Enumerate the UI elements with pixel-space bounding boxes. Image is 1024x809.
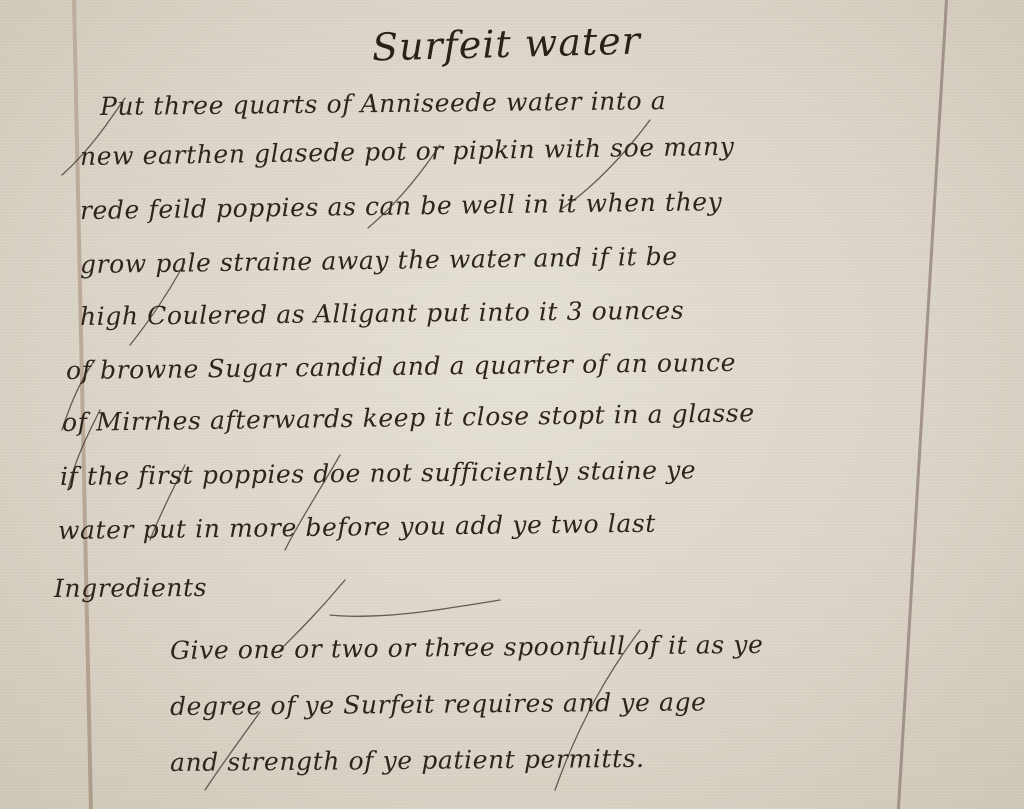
recipe-line-1: Put three quarts of Anniseede water into… xyxy=(100,86,667,121)
recipe-line-3: rede feild poppies as can be well in it … xyxy=(80,187,723,225)
dosage-line-1: Give one or two or three spoonfull of it… xyxy=(170,630,764,665)
recipe-line-10: Ingredients xyxy=(54,573,207,603)
right-margin-rule xyxy=(897,0,948,809)
recipe-line-2: new earthen glasede pot or pipkin with s… xyxy=(80,132,735,171)
dosage-line-2: degree of ye Surfeit requires and ye age xyxy=(170,687,707,721)
recipe-line-7: of Mirrhes afterwards keep it close stop… xyxy=(62,398,755,437)
manuscript-page: Surfeit water Put three quarts of Annise… xyxy=(0,0,1024,809)
recipe-title: Surfeit water xyxy=(371,18,641,69)
recipe-line-9: water put in more before you add ye two … xyxy=(58,509,656,545)
recipe-line-6: of browne Sugar candid and a quarter of … xyxy=(66,348,736,385)
recipe-line-8: if the first poppies doe not sufficientl… xyxy=(60,455,697,491)
recipe-line-4: grow pale straine away the water and if … xyxy=(80,242,678,279)
dosage-line-3: and strength of ye patient permitts. xyxy=(170,744,645,777)
left-margin-rule xyxy=(72,0,93,809)
recipe-line-5: high Coulered as Alligant put into it 3 … xyxy=(80,296,684,331)
